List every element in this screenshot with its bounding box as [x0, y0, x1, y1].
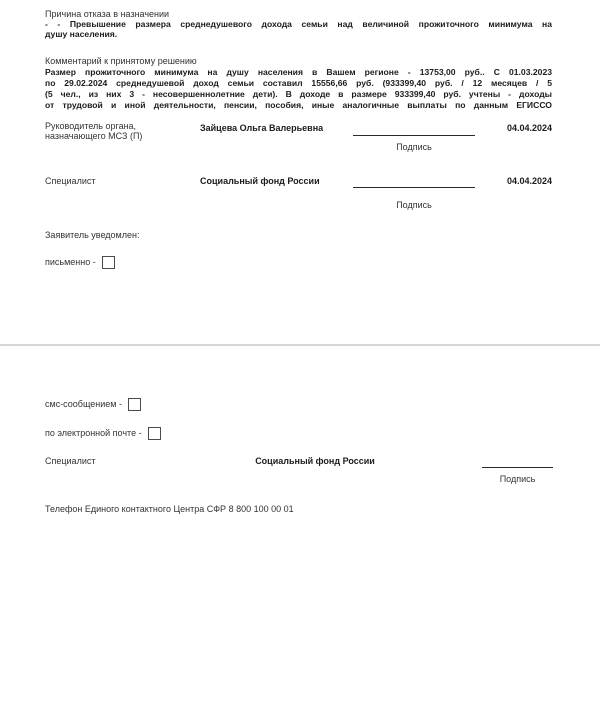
refusal-reason-label: Причина отказа в назначении	[45, 9, 552, 19]
document-page: Причина отказа в назначении - - Превышен…	[0, 0, 600, 714]
applicant-notified-label: Заявитель уведомлен:	[45, 230, 345, 240]
bottom-signature-caption: Подпись	[482, 474, 553, 484]
notified-written-row: письменно -	[45, 254, 115, 270]
signatory-role-specialist: Специалист	[45, 176, 195, 186]
refusal-reason-line-2: душу населения.	[45, 29, 552, 39]
notified-email-label: по электронной почте -	[45, 428, 142, 438]
notified-email-checkbox[interactable]	[148, 427, 161, 440]
decision-comment-line-4: от трудовой и иной деятельности, пенсии,…	[45, 100, 552, 111]
signatory-role-head-line-2: назначающего МСЗ (П)	[45, 132, 195, 142]
signature-line-head	[353, 123, 475, 136]
notified-email-row: по электронной почте -	[45, 425, 161, 441]
signatory-role-head: Руководитель органа, назначающего МСЗ (П…	[45, 122, 195, 141]
signature-date-head: 04.04.2024	[477, 123, 552, 133]
bottom-signatory-role: Специалист	[45, 456, 195, 466]
contact-center-phone: Телефон Единого контактного Центра СФР 8…	[45, 504, 445, 514]
notified-sms-checkbox[interactable]	[128, 398, 141, 411]
notified-sms-row: смс-сообщением -	[45, 396, 141, 412]
bottom-signature-line	[482, 456, 553, 468]
decision-comment-line-2: по 29.02.2024 среднедушевой доход семьи …	[45, 78, 552, 89]
decision-comment-line-1: Размер прожиточного минимума на душу нас…	[45, 67, 552, 78]
signatory-name-specialist: Социальный фонд России	[200, 176, 350, 186]
notified-written-label: письменно -	[45, 257, 96, 267]
notified-written-checkbox[interactable]	[102, 256, 115, 269]
refusal-reason-line-1: - - Превышение размера среднедушевого до…	[45, 19, 552, 29]
page-break-divider	[0, 344, 600, 346]
signature-date-specialist: 04.04.2024	[477, 176, 552, 186]
bottom-signatory-name: Социальный фонд России	[200, 456, 430, 466]
decision-comment-label: Комментарий к принятому решению	[45, 56, 552, 66]
signature-caption-specialist: Подпись	[353, 200, 475, 210]
signatory-name-head: Зайцева Ольга Валерьевна	[200, 123, 350, 133]
notified-sms-label: смс-сообщением -	[45, 399, 122, 409]
signature-caption-head: Подпись	[353, 142, 475, 152]
decision-comment-line-3: (5 чел., из них 3 - несовершеннолетние д…	[45, 89, 552, 100]
signature-line-specialist	[353, 176, 475, 188]
